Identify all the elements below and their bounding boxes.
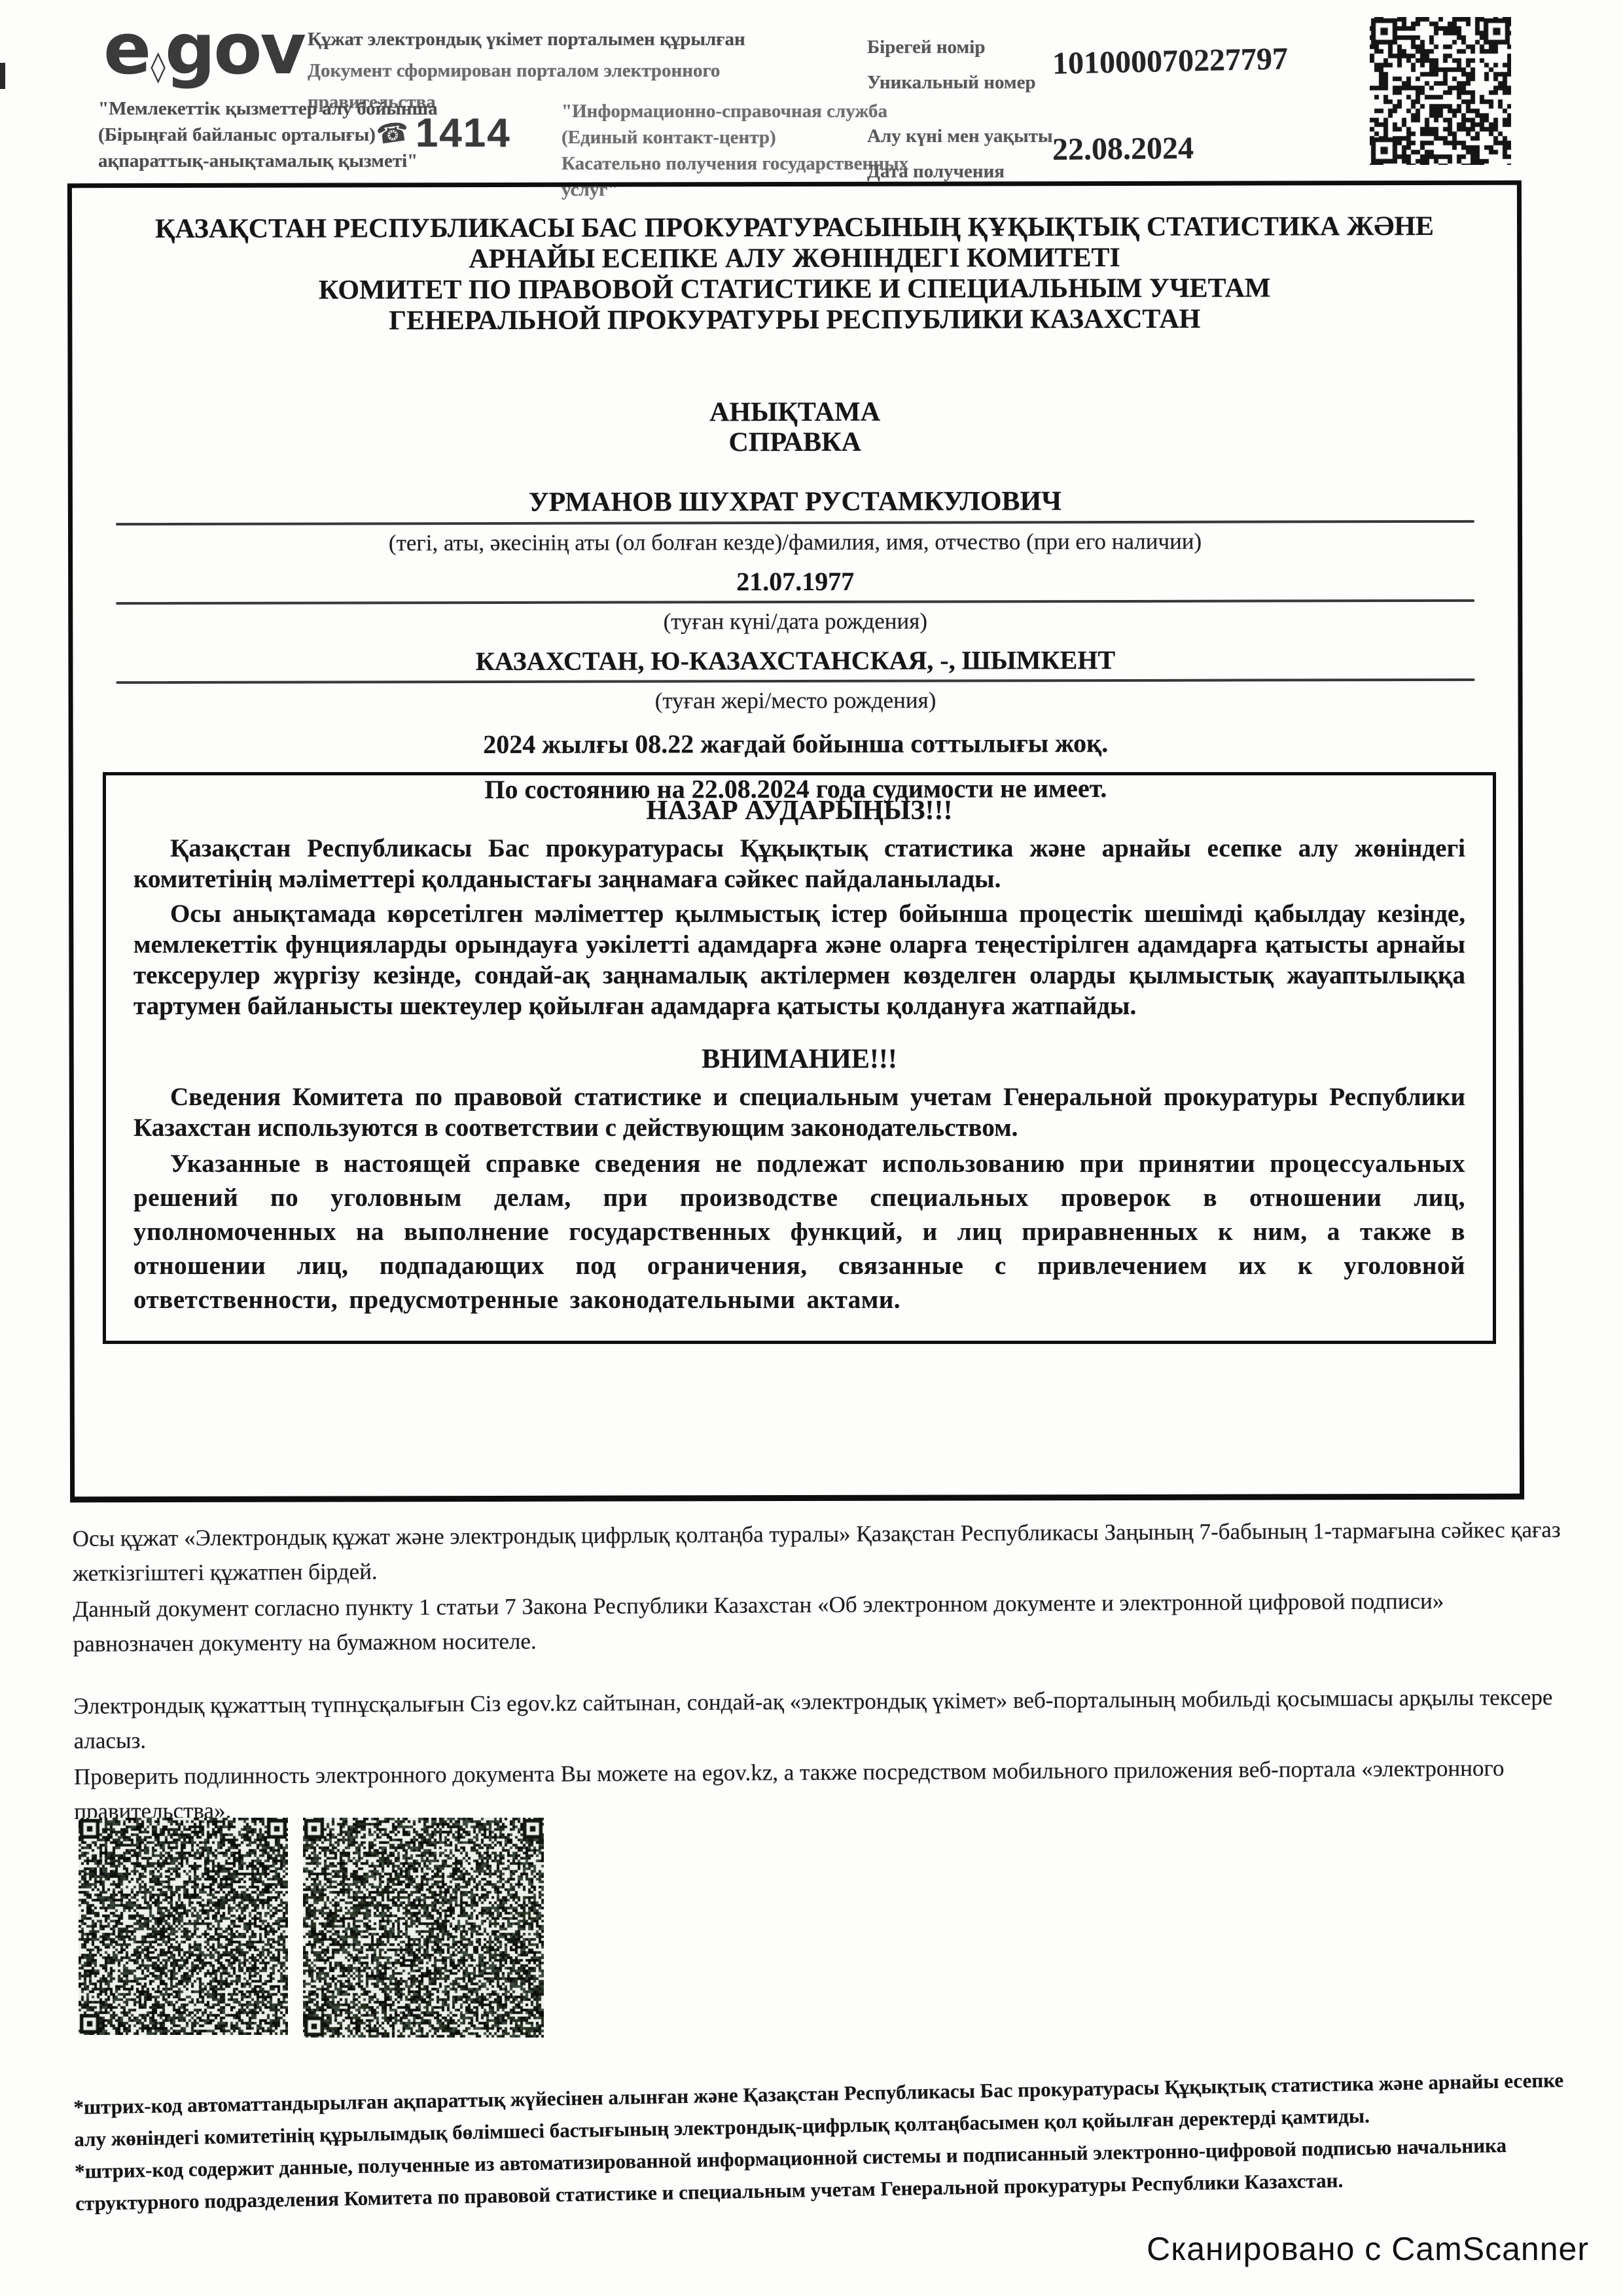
phone-handset-icon: ☎ — [374, 116, 411, 150]
camscanner-watermark: Сканировано с CamScanner — [1147, 2230, 1589, 2268]
authority-title-kk-2: АРНАЙЫ ЕСЕПКЕ АЛУ ЖӨНІНДЕГІ КОМИТЕТІ — [72, 242, 1517, 276]
receive-date-value: 22.08.2024 — [1052, 130, 1194, 168]
unique-number-labels: Бірегей номір Уникальный номер — [867, 34, 1036, 105]
legal-paragraph-ru-2: Проверить подлинность электронного докум… — [74, 1750, 1565, 1829]
unique-number-label-ru: Уникальный номер — [867, 69, 1036, 96]
document-type-kk: АНЫҚТАМА — [73, 396, 1518, 429]
birth-date-caption: (туған күні/дата рождения) — [73, 607, 1518, 637]
attention-box: НАЗАР АУДАРЫҢЫЗ!!! Қазақстан Республикас… — [103, 772, 1496, 1344]
qr-code — [1370, 17, 1511, 165]
no-conviction-statement-kk: 2024 жылғы 08.22 жағдай бойынша соттылығ… — [73, 727, 1518, 761]
hotline-phone: ☎ 1414 — [376, 110, 511, 156]
egov-logo-gov: gov — [165, 14, 304, 85]
unique-number-label-kk: Бірегей номір — [867, 34, 1036, 60]
authority-title-ru-1: КОМИТЕТ ПО ПРАВОВОЙ СТАТИСТИКЕ И СПЕЦИАЛ… — [72, 273, 1517, 307]
legal-paragraph-ru-1: Данный документ согласно пункту 1 статьи… — [73, 1583, 1564, 1661]
scanned-document-page: e ◊ gov Құжат электрондық үкімет порталы… — [0, 0, 1623, 2296]
attention-title-kk: НАЗАР АУДАРЫҢЫЗ!!! — [134, 795, 1465, 826]
birth-date-value: 21.07.1977 — [73, 565, 1518, 599]
attention-paragraph-kk-2: Осы анықтамада көрсетілген мәліметтер қы… — [134, 898, 1465, 1021]
receive-date-label-ru: Дата получения — [867, 158, 1053, 185]
unique-number-value: 101000070227797 — [1052, 41, 1288, 82]
receive-date-label-kk: Алу күні мен уақыты — [867, 123, 1053, 149]
attention-paragraph-ru-1: Сведения Комитета по правовой статистике… — [134, 1082, 1465, 1143]
signature-barcode-left — [79, 1818, 288, 2035]
barcode-footnotes: *штрих-код автоматтандырылған ақпараттық… — [73, 2064, 1574, 2219]
signature-barcode-right — [303, 1818, 544, 2038]
legal-paragraph-kk-1: Осы құжат «Электрондық құжат және электр… — [73, 1512, 1564, 1591]
attention-paragraph-ru-2: Указанные в настоящей справке сведения н… — [134, 1147, 1465, 1317]
birth-date-underline — [116, 599, 1474, 605]
authority-title-ru-2: ГЕНЕРАЛЬНОЙ ПРОКУРАТУРЫ РЕСПУБЛИКИ КАЗАХ… — [72, 304, 1517, 338]
birth-place-underline — [116, 679, 1474, 684]
egov-logo-diamond-icon: ◊ — [151, 51, 164, 81]
birth-place-value: КАЗАХСТАН, Ю-КАЗАХСТАНСКАЯ, -, ШЫМКЕНТ — [73, 644, 1518, 678]
legal-paragraph-kk-2: Электрондық құжаттың түпнұсқалығын Сіз e… — [73, 1680, 1565, 1758]
name-caption: (тегі, аты, әкесінің аты (ол болған кезд… — [73, 528, 1518, 557]
name-underline — [116, 520, 1474, 525]
egov-logo: e ◊ gov — [103, 14, 304, 85]
attention-title-ru: ВНИМАНИЕ!!! — [134, 1044, 1465, 1075]
egov-logo-e: e — [103, 14, 149, 85]
hotline-number: 1414 — [416, 110, 511, 156]
attention-paragraph-kk-1: Қазақстан Республикасы Бас прокуратурасы… — [134, 833, 1465, 894]
person-full-name: УРМАНОВ ШУХРАТ РУСТАМКУЛОВИЧ — [73, 485, 1518, 520]
issuing-authority-title: ҚАЗАҚСТАН РЕСПУБЛИКАСЫ БАС ПРОКУРАТУРАСЫ… — [72, 211, 1517, 338]
document-type-ru: СПРАВКА — [73, 426, 1518, 459]
created-note-kk: Құжат электрондық үкімет порталымен құры… — [308, 24, 831, 55]
legal-footer: Осы құжат «Электрондық құжат және электр… — [73, 1512, 1565, 1830]
authority-title-kk-1: ҚАЗАҚСТАН РЕСПУБЛИКАСЫ БАС ПРОКУРАТУРАСЫ… — [72, 211, 1517, 245]
birth-place-caption: (туған жері/место рождения) — [73, 686, 1518, 716]
scan-artifact — [0, 63, 5, 89]
